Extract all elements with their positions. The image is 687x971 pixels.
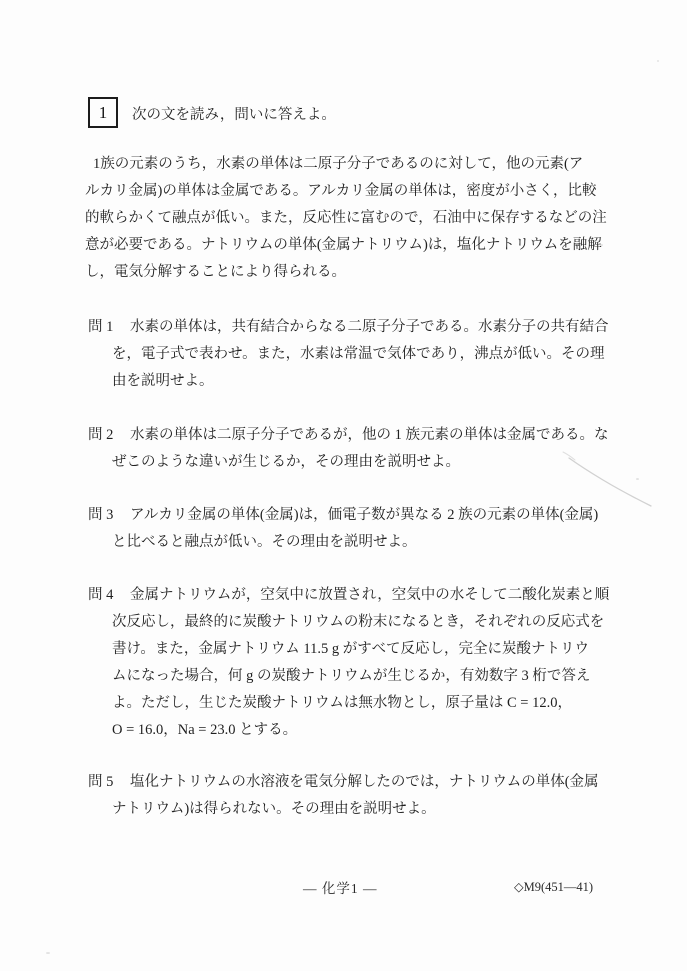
intro-paragraph: 1族の元素のうち，水素の単体は二原子分子であるのに対して，他の元素(ア ルカリ金… bbox=[85, 151, 607, 286]
question-first-line: 問 1 水素の単体は，共有結合からなる二原子分子である。水素分子の共有結合 bbox=[88, 314, 609, 341]
text-line: 塩化ナトリウムの水溶液を電気分解したのでは，ナトリウムの単体(金属 bbox=[130, 769, 599, 796]
text-line: を，電子式で表わせ。また，水素は常温で気体であり，沸点が低い。その理 bbox=[112, 341, 609, 368]
text-line: 書け。また，金属ナトリウム 11.5 g がすべて反応し，完全に炭酸ナトリウ bbox=[112, 636, 609, 663]
scan-speck bbox=[600, 244, 603, 246]
question-first-line: 問 4 金属ナトリウムが，空気中に放置され，空気中の水そして二酸化炭素と順 bbox=[88, 582, 609, 609]
question-block-2: 問 2 水素の単体は二原子分子であるが，他の 1 族元素の単体は金属である。な … bbox=[88, 422, 609, 476]
text-line: 次反応し，最終的に炭酸ナトリウムの粉末になるとき，それぞれの反応式を bbox=[112, 609, 609, 636]
instruction-text: 次の文を読み，問いに答えよ。 bbox=[132, 97, 336, 124]
question-label: 問 1 bbox=[88, 314, 130, 341]
text-line: 金属ナトリウムが，空気中に放置され，空気中の水そして二酸化炭素と順 bbox=[130, 582, 609, 609]
question-label: 問 4 bbox=[88, 582, 130, 609]
question-first-line: 問 3 アルカリ金属の単体(金属)は，価電子数が異なる 2 族の元素の単体(金属… bbox=[88, 502, 598, 529]
exam-page: 1 次の文を読み，問いに答えよ。 1族の元素のうち，水素の単体は二原子分子である… bbox=[0, 0, 687, 971]
text-line: よ。ただし，生じた炭酸ナトリウムは無水物とし，原子量は C = 12.0， bbox=[112, 690, 609, 717]
question-header: 1 次の文を読み，問いに答えよ。 bbox=[88, 97, 336, 128]
question-block-3: 問 3 アルカリ金属の単体(金属)は，価電子数が異なる 2 族の元素の単体(金属… bbox=[88, 502, 598, 556]
text-line: 的軟らかくて融点が低い。また，反応性に富むので，石油中に保存するなどの注 bbox=[85, 205, 607, 232]
question-label: 問 5 bbox=[88, 769, 130, 796]
text-line: アルカリ金属の単体(金属)は，価電子数が異なる 2 族の元素の単体(金属) bbox=[130, 502, 598, 529]
text-line: ナトリウム)は得られない。その理由を説明せよ。 bbox=[112, 796, 599, 823]
question-block-4: 問 4 金属ナトリウムが，空気中に放置され，空気中の水そして二酸化炭素と順 次反… bbox=[88, 582, 609, 744]
question-number-box: 1 bbox=[88, 97, 118, 128]
question-block-5: 問 5 塩化ナトリウムの水溶液を電気分解したのでは，ナトリウムの単体(金属 ナト… bbox=[88, 769, 599, 823]
question-first-line: 問 2 水素の単体は二原子分子であるが，他の 1 族元素の単体は金属である。な bbox=[88, 422, 609, 449]
question-label: 問 2 bbox=[88, 422, 130, 449]
text-line: ルカリ金属)の単体は金属である。アルカリ金属の単体は，密度が小さく，比較 bbox=[85, 178, 607, 205]
text-line: と比べると融点が低い。その理由を説明せよ。 bbox=[112, 529, 598, 556]
question-first-line: 問 5 塩化ナトリウムの水溶液を電気分解したのでは，ナトリウムの単体(金属 bbox=[88, 769, 599, 796]
scan-speck bbox=[657, 60, 659, 62]
footer-page-label: — 化学1 — bbox=[303, 877, 378, 897]
question-label: 問 3 bbox=[88, 502, 130, 529]
text-line: 意が必要である。ナトリウムの単体(金属ナトリウム)は，塩化ナトリウムを融解 bbox=[85, 232, 607, 259]
text-line: O = 16.0，Na = 23.0 とする。 bbox=[112, 717, 609, 744]
footer-document-code: ◇M9(451—41) bbox=[514, 879, 593, 895]
question-number: 1 bbox=[99, 103, 108, 123]
text-line: 水素の単体は，共有結合からなる二原子分子である。水素分子の共有結合 bbox=[130, 314, 609, 341]
scan-scratch-artifact bbox=[555, 438, 665, 513]
text-line: 由を説明せよ。 bbox=[112, 368, 609, 395]
text-line: 水素の単体は二原子分子であるが，他の 1 族元素の単体は金属である。な bbox=[130, 422, 609, 449]
text-line: 1族の元素のうち，水素の単体は二原子分子であるのに対して，他の元素(ア bbox=[85, 151, 607, 178]
scan-speck bbox=[636, 478, 639, 480]
scan-speck bbox=[46, 952, 50, 954]
question-block-1: 問 1 水素の単体は，共有結合からなる二原子分子である。水素分子の共有結合 を，… bbox=[88, 314, 609, 395]
text-line: ムになった場合，何 g の炭酸ナトリウムが生じるか，有効数字 3 桁で答え bbox=[112, 663, 609, 690]
text-line: ぜこのような違いが生じるか，その理由を説明せよ。 bbox=[112, 449, 609, 476]
text-line: し，電気分解することにより得られる。 bbox=[85, 259, 607, 286]
